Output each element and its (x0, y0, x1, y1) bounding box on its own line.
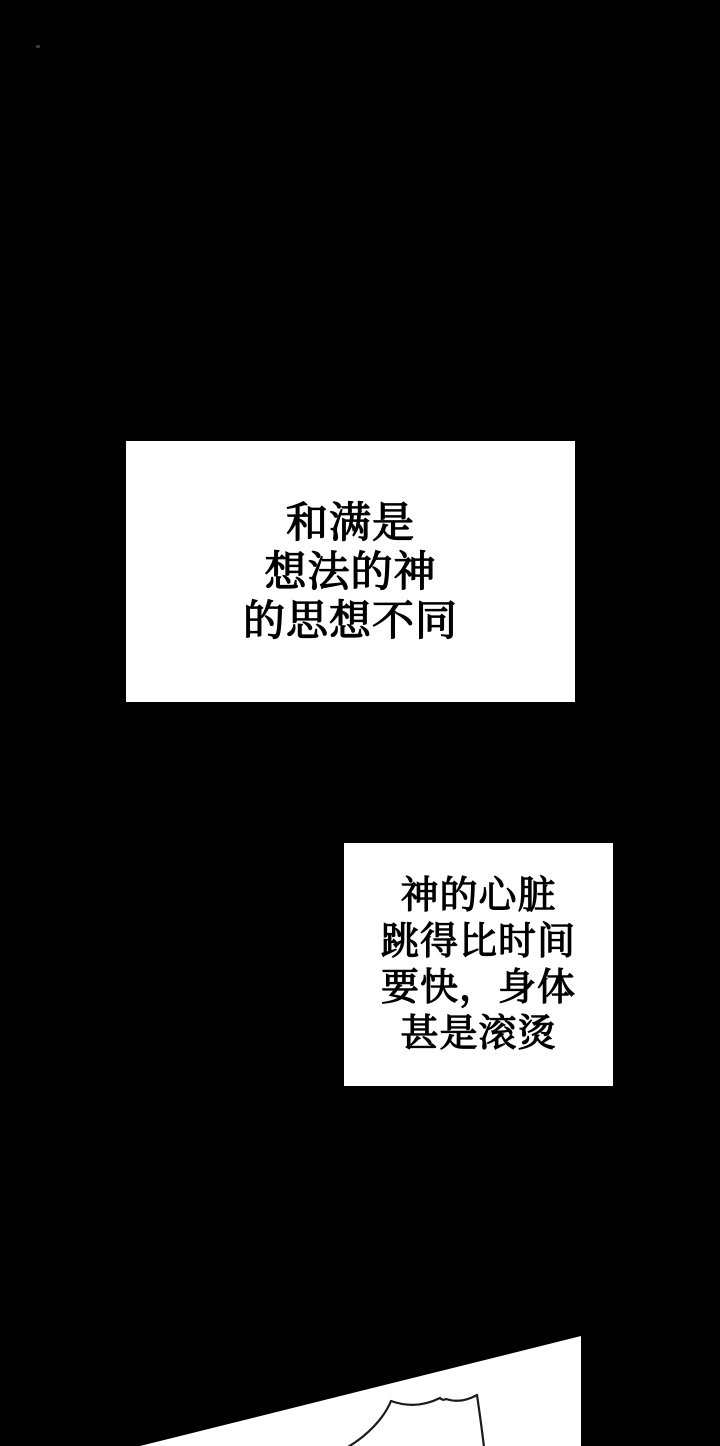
bottom-panel (0, 1300, 720, 1446)
narration-line: 跳得比时间 (381, 919, 576, 965)
narration-line: 要快，身体 (381, 965, 576, 1011)
narration-box-1: 和满是 想法的神 的思想不同 (126, 441, 575, 702)
narration-line: 想法的神 (264, 547, 436, 596)
bottom-panel-background (140, 1336, 581, 1446)
narration-line: 的思想不同 (243, 596, 458, 645)
dust-speck (36, 45, 40, 48)
comic-page: 和满是 想法的神 的思想不同 神的心脏 跳得比时间 要快，身体 甚是滚烫 (0, 0, 720, 1446)
narration-box-2: 神的心脏 跳得比时间 要快，身体 甚是滚烫 (344, 843, 613, 1086)
narration-line: 甚是滚烫 (400, 1011, 556, 1057)
narration-line: 神的心脏 (400, 873, 556, 919)
narration-line: 和满是 (286, 498, 415, 547)
